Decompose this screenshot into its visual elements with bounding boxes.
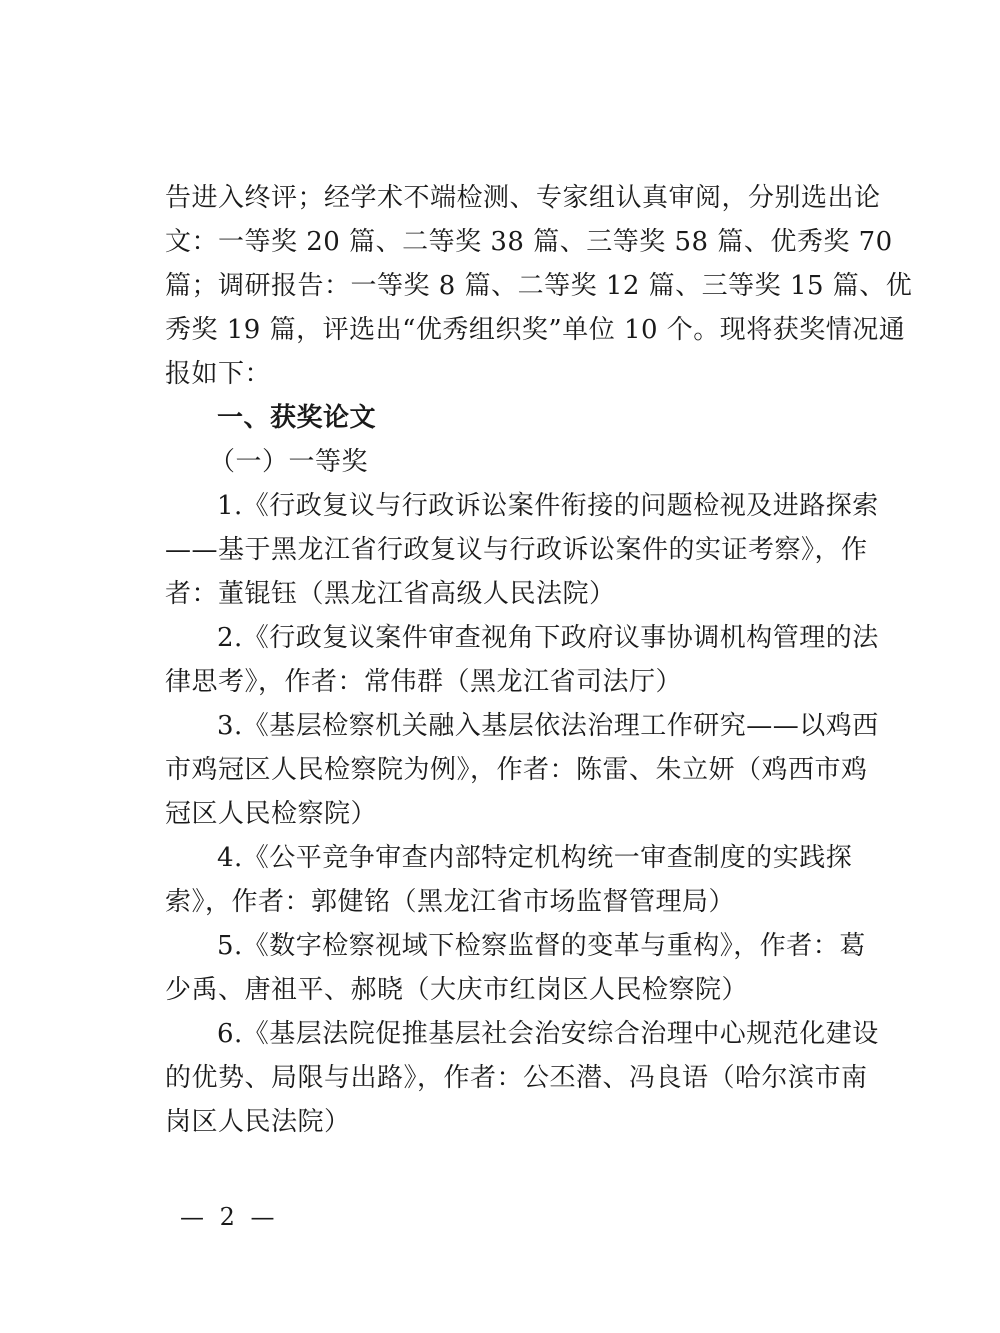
page-number: — 2 — <box>180 1203 279 1231</box>
text-line: 3.《基层检察机关融入基层依法治理工作研究——以鸡西 <box>165 704 837 748</box>
award-entry: 6.《基层法院促推基层社会治安综合治理中心规范化建设 的优势、局限与出路》，作者… <box>165 1012 837 1144</box>
award-entry: 2.《行政复议案件审查视角下政府议事协调机构管理的法 律思考》，作者：常伟群（黑… <box>165 616 837 704</box>
award-entry: 4.《公平竞争审查内部特定机构统一审查制度的实践探 索》，作者：郭健铭（黑龙江省… <box>165 836 837 924</box>
text-line: 索》，作者：郭健铭（黑龙江省市场监督管理局） <box>165 880 837 924</box>
text-line: 秀奖 19 篇，评选出“优秀组织奖”单位 10 个。现将获奖情况通 <box>165 308 837 352</box>
text-line: 文：一等奖 20 篇、二等奖 38 篇、三等奖 58 篇、优秀奖 70 <box>165 220 837 264</box>
text-line: 少禹、唐祖平、郝晓（大庆市红岗区人民检察院） <box>165 968 837 1012</box>
text-line: ——基于黑龙江省行政复议与行政诉讼案件的实证考察》，作 <box>165 528 837 572</box>
document-body: 告进入终评；经学术不端检测、专家组认真审阅，分别选出论 文：一等奖 20 篇、二… <box>165 176 837 1144</box>
text-line: 6.《基层法院促推基层社会治安综合治理中心规范化建设 <box>165 1012 837 1056</box>
award-entry: 1.《行政复议与行政诉讼案件衔接的问题检视及进路探索 ——基于黑龙江省行政复议与… <box>165 484 837 616</box>
award-entry: 5.《数字检察视域下检察监督的变革与重构》，作者：葛 少禹、唐祖平、郝晓（大庆市… <box>165 924 837 1012</box>
intro-paragraph: 告进入终评；经学术不端检测、专家组认真审阅，分别选出论 文：一等奖 20 篇、二… <box>165 176 837 396</box>
section-heading: 一、获奖论文 <box>165 396 837 440</box>
text-line: 篇；调研报告：一等奖 8 篇、二等奖 12 篇、三等奖 15 篇、优 <box>165 264 837 308</box>
text-line: 冠区人民检察院） <box>165 792 837 836</box>
text-line: 律思考》，作者：常伟群（黑龙江省司法厅） <box>165 660 837 704</box>
text-line: 4.《公平竞争审查内部特定机构统一审查制度的实践探 <box>165 836 837 880</box>
text-line: 报如下： <box>165 352 837 396</box>
text-line: 2.《行政复议案件审查视角下政府议事协调机构管理的法 <box>165 616 837 660</box>
text-line: 告进入终评；经学术不端检测、专家组认真审阅，分别选出论 <box>165 176 837 220</box>
subsection-heading: （一）一等奖 <box>165 440 837 484</box>
text-line: 岗区人民法院） <box>165 1100 837 1144</box>
text-line: 市鸡冠区人民检察院为例》，作者：陈雷、朱立妍（鸡西市鸡 <box>165 748 837 792</box>
text-line: 5.《数字检察视域下检察监督的变革与重构》，作者：葛 <box>165 924 837 968</box>
text-line: 1.《行政复议与行政诉讼案件衔接的问题检视及进路探索 <box>165 484 837 528</box>
text-line: 者：董锟钰（黑龙江省高级人民法院） <box>165 572 837 616</box>
text-line: 的优势、局限与出路》，作者：公丕潜、冯良语（哈尔滨市南 <box>165 1056 837 1100</box>
award-entry: 3.《基层检察机关融入基层依法治理工作研究——以鸡西 市鸡冠区人民检察院为例》，… <box>165 704 837 836</box>
